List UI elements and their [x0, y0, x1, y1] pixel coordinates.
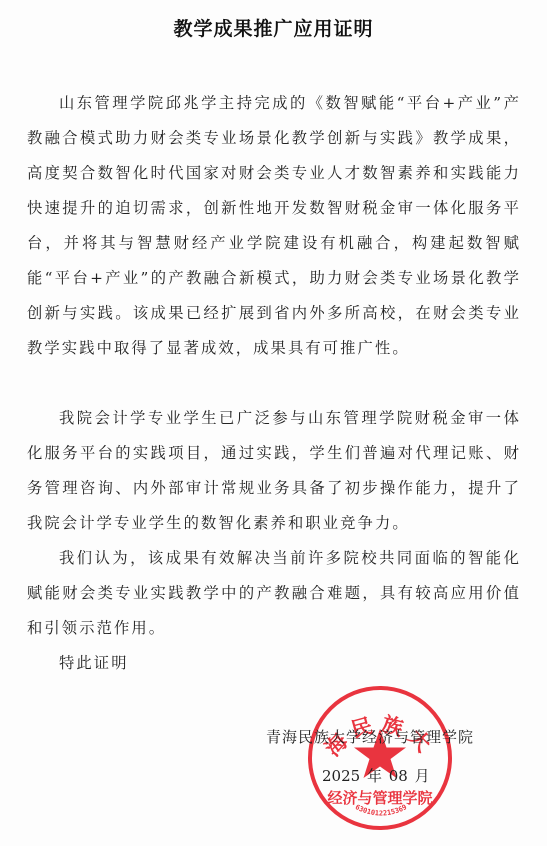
- paragraph-1: 山东管理学院邱兆学主持完成的《数智赋能“平台+产业”产教融合模式助力财会类专业场…: [27, 86, 521, 366]
- seal-bottom-text: 经济与管理学院: [327, 789, 432, 807]
- paragraph-text: 山东管理学院邱兆学主持完成的《数智赋能“平台+产业”产教融合模式助力财会类专业场…: [27, 86, 521, 366]
- closing-statement: 特此证明: [27, 646, 521, 681]
- signature-date: 2025 年 08 月: [322, 765, 430, 786]
- closing-text: 特此证明: [27, 646, 521, 681]
- official-seal: 青海民族大学 经济与管理学院 6301012215369: [305, 683, 455, 833]
- document-title: 教学成果推广应用证明: [0, 14, 547, 41]
- signature-organization: 青海民族大学经济与管理学院: [266, 726, 474, 747]
- paragraph-text: 我们认为，该成果有效解决当前许多院校共同面临的智能化赋能财会类专业实践教学中的产…: [27, 541, 521, 646]
- paragraph-3: 我们认为，该成果有效解决当前许多院校共同面临的智能化赋能财会类专业实践教学中的产…: [27, 541, 521, 646]
- document-page: 教学成果推广应用证明 山东管理学院邱兆学主持完成的《数智赋能“平台+产业”产教融…: [0, 0, 547, 846]
- paragraph-text: 我院会计学专业学生已广泛参与山东管理学院财税金审一体化服务平台的实践项目，通过实…: [27, 401, 521, 541]
- paragraph-2: 我院会计学专业学生已广泛参与山东管理学院财税金审一体化服务平台的实践项目，通过实…: [27, 401, 521, 541]
